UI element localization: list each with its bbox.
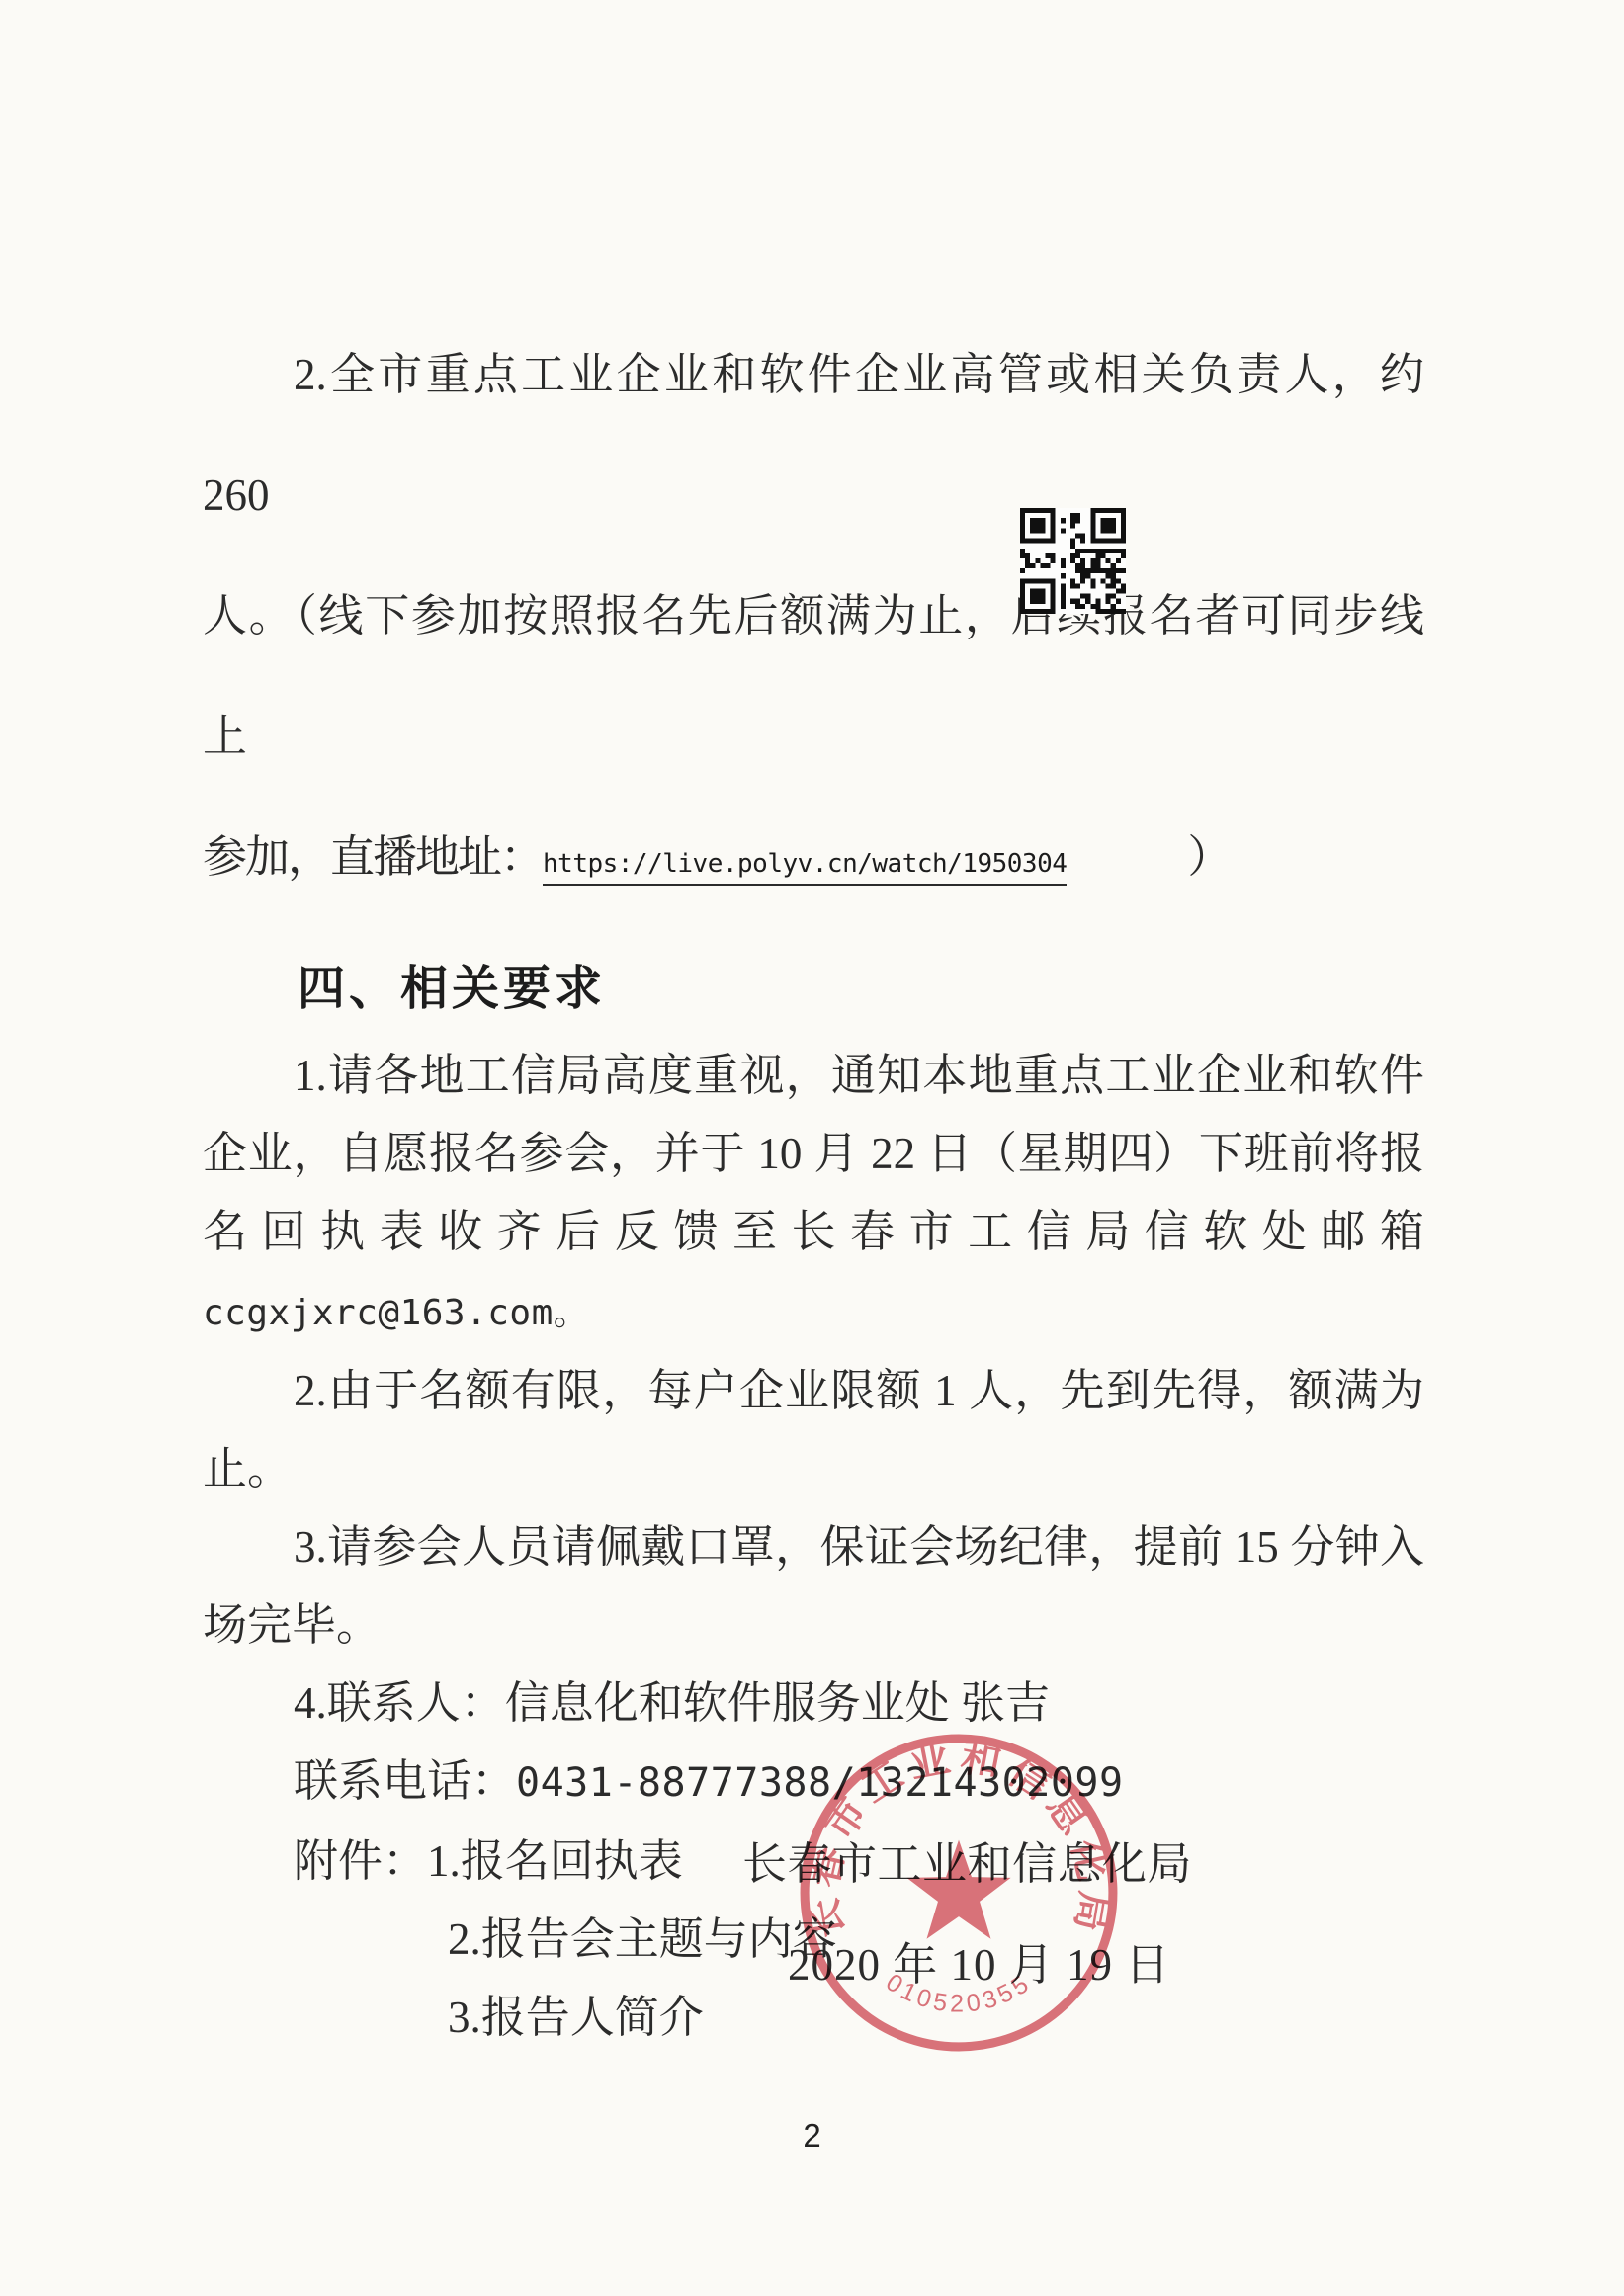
seal-star-icon <box>906 1840 1010 1939</box>
requirement-1-line-2: 企业，自愿报名参会，并于 10 月 22 日（星期四）下班前将报 <box>203 1115 1424 1193</box>
requirement-3-line-1: 3.请参会人员请佩戴口罩，保证会场纪律，提前 15 分钟入 <box>203 1508 1424 1586</box>
document-page: 2.全市重点工业企业和软件企业高管或相关负责人，约 260 人。（线下参加按照报… <box>0 0 1624 2296</box>
requirement-2-line-2: 止。 <box>203 1430 1424 1508</box>
requirement-3-line-2: 场完毕。 <box>203 1586 1424 1664</box>
requirement-1-email-line: ccgxjxrc@163.com。 <box>203 1271 1424 1352</box>
contact-email: ccgxjxrc@163.com。 <box>203 1293 589 1333</box>
requirement-1-line-3: 名回执表收齐后反馈至长春市工信局信软处邮箱 <box>203 1193 1424 1271</box>
section-heading-requirements: 四、相关要求 <box>203 946 1424 1033</box>
official-seal: 长春市工业和信息化局 2201052035562 <box>794 1728 1124 2058</box>
live-address-label: 参加，直播地址： <box>203 832 543 882</box>
requirement-1-line-1: 1.请各地工信局高度重视，通知本地重点工业企业和软件 <box>203 1037 1424 1115</box>
paragraph-attendees-line-1: 2.全市重点工业企业和软件企业高管或相关负责人，约 260 <box>203 314 1424 555</box>
paragraph-attendees-line-3: 参加，直播地址：https://live.polyv.cn/watch/1950… <box>203 797 1424 924</box>
closing-parenthesis: ） <box>1187 832 1232 882</box>
phone-label: 联系电话： <box>294 1756 516 1806</box>
page-number: 2 <box>803 2117 820 2155</box>
live-stream-link[interactable]: https://live.polyv.cn/watch/1950304 <box>543 849 1067 886</box>
paragraph-attendees-line-2: 人。（线下参加按照报名先后额满为止，后续报名者可同步线上 <box>203 555 1424 797</box>
requirement-2-line-1: 2.由于名额有限，每户企业限额 1 人，先到先得，额满为 <box>203 1352 1424 1430</box>
qr-code <box>1020 508 1126 614</box>
